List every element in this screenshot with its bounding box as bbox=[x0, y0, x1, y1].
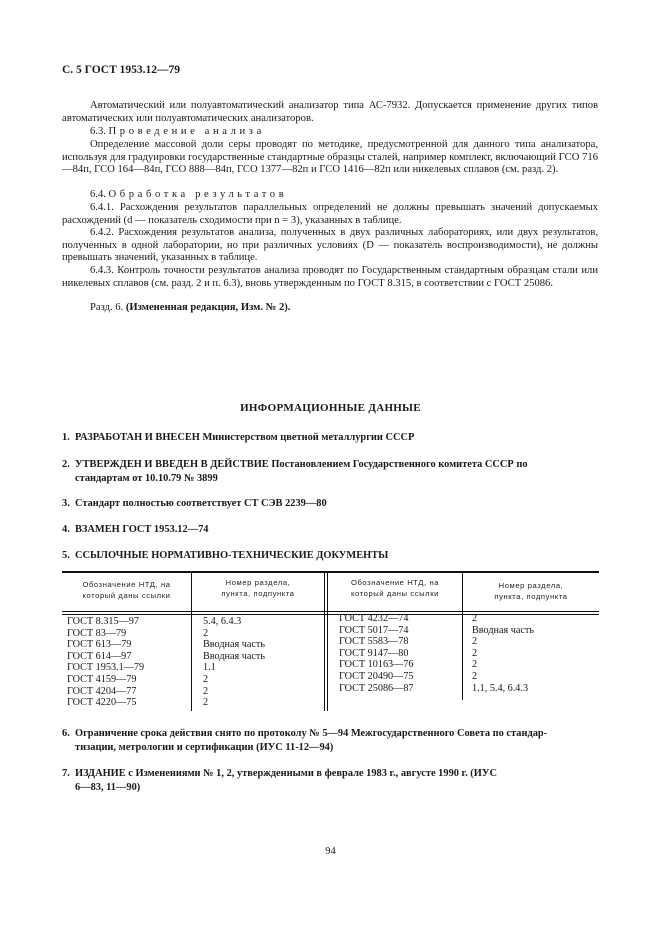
table-cell-doc: ГОСТ 5583—78 bbox=[339, 636, 414, 648]
paragraph-6-4-3: 6.4.3. Контроль точности результатов ана… bbox=[62, 265, 598, 290]
amendment-note: Разд. 6. (Измененная редакция, Изм. № 2)… bbox=[62, 302, 598, 315]
table-cell-section: 2 bbox=[203, 628, 265, 640]
table-cell-section: 2 bbox=[203, 686, 265, 698]
table-cell-section: 2 bbox=[472, 613, 534, 625]
header-doc-left: Обозначение НТД, на который даны ссылки bbox=[62, 579, 191, 601]
table-cell-doc: ГОСТ 1953.1—79 bbox=[67, 662, 144, 674]
table-cell-doc: ГОСТ 4232—74 bbox=[339, 613, 414, 625]
table-cell-section: Вводная часть bbox=[203, 651, 265, 663]
section-number: 6.4. bbox=[90, 189, 106, 200]
page-number: 94 bbox=[0, 846, 661, 857]
info-item-6: 6.Ограничение срока действия снято по пр… bbox=[62, 727, 600, 754]
table-cell-section: 2 bbox=[472, 671, 534, 683]
column-section-left: 5.4, 6.4.32Вводная частьВводная часть1.1… bbox=[203, 616, 265, 709]
table-cell-doc: ГОСТ 4159—79 bbox=[67, 674, 144, 686]
table-cell-section: 2 bbox=[472, 648, 534, 660]
info-item-1: 1.РАЗРАБОТАН И ВНЕСЕН Министерством цвет… bbox=[62, 431, 600, 445]
column-doc-right: ГОСТ 4232—74ГОСТ 5017—74ГОСТ 5583—78ГОСТ… bbox=[339, 613, 414, 694]
table-cell-section: Вводная часть bbox=[203, 639, 265, 651]
table-cell-doc: ГОСТ 614—97 bbox=[67, 651, 144, 663]
table-cell-doc: ГОСТ 10163—76 bbox=[339, 659, 414, 671]
table-cell-section: 2 bbox=[203, 697, 265, 709]
header-doc-right: Обозначение НТД, на который даны ссылки bbox=[328, 577, 462, 599]
paragraph-6-3: Определение массовой доли серы проводят … bbox=[62, 139, 598, 177]
table-cell-section: 2 bbox=[203, 674, 265, 686]
table-cell-section: 5.4, 6.4.3 bbox=[203, 616, 265, 628]
amendment-text: (Измененная редакция, Изм. № 2). bbox=[126, 302, 291, 313]
column-section-right: 2Вводная часть22221.1, 5.4, 6.4.3 bbox=[472, 613, 534, 694]
paragraph-6-4-1: 6.4.1. Расхождения результатов параллель… bbox=[62, 202, 598, 227]
table-cell-section: Вводная часть bbox=[472, 625, 534, 637]
info-item-4: 4.ВЗАМЕН ГОСТ 1953.12—74 bbox=[62, 523, 600, 537]
paragraph-6-4-2: 6.4.2. Расхождения результатов анализа, … bbox=[62, 227, 598, 265]
table-cell-doc: ГОСТ 9147—80 bbox=[339, 648, 414, 660]
header-section-right: Номер раздела, пункта, подпункта bbox=[463, 580, 599, 602]
paragraph-analyzer: Автоматический или полуавтоматический ан… bbox=[62, 100, 598, 125]
column-divider-double bbox=[324, 571, 325, 711]
section-title: Обработка результатов bbox=[109, 189, 288, 200]
page-header: С. 5 ГОСТ 1953.12—79 bbox=[62, 64, 180, 76]
table-cell-doc: ГОСТ 8.315—97 bbox=[67, 616, 144, 628]
info-item-7: 7.ИЗДАНИЕ с Изменениями № 1, 2, утвержде… bbox=[62, 767, 600, 794]
header-section-left: Номер раздела, пункта, подпункта bbox=[192, 577, 324, 599]
info-item-5: 5.ССЫЛОЧНЫЕ НОРМАТИВНО-ТЕХНИЧЕСКИЕ ДОКУМ… bbox=[62, 549, 600, 563]
table-cell-doc: ГОСТ 20490—75 bbox=[339, 671, 414, 683]
section-number: 6.3. bbox=[90, 126, 106, 137]
amendment-prefix: Разд. 6. bbox=[90, 302, 123, 313]
table-cell-doc: ГОСТ 25086—87 bbox=[339, 683, 414, 695]
table-cell-doc: ГОСТ 83—79 bbox=[67, 628, 144, 640]
table-cell-doc: ГОСТ 5017—74 bbox=[339, 625, 414, 637]
info-item-3: 3.Стандарт полностью соответствует СТ СЭ… bbox=[62, 497, 600, 511]
table-cell-doc: ГОСТ 613—79 bbox=[67, 639, 144, 651]
table-cell-section: 2 bbox=[472, 636, 534, 648]
table-top-border bbox=[62, 571, 599, 573]
section-title: Проведение анализа bbox=[109, 126, 265, 137]
section-6-3-heading: 6.3. Проведение анализа bbox=[62, 126, 598, 139]
section-6-4-heading: 6.4. Обработка результатов bbox=[62, 189, 598, 202]
table-cell-section: 2 bbox=[472, 659, 534, 671]
table-cell-section: 1.1 bbox=[203, 662, 265, 674]
table-cell-doc: ГОСТ 4204—77 bbox=[67, 686, 144, 698]
column-doc-left: ГОСТ 8.315—97ГОСТ 83—79ГОСТ 613—79ГОСТ 6… bbox=[67, 616, 144, 709]
reference-documents-table: Обозначение НТД, на который даны ссылки … bbox=[62, 571, 599, 711]
info-title: ИНФОРМАЦИОННЫЕ ДАННЫЕ bbox=[0, 402, 661, 414]
header-separator bbox=[62, 611, 599, 612]
table-cell-doc: ГОСТ 4220—75 bbox=[67, 697, 144, 709]
info-item-2: 2.УТВЕРЖДЕН И ВВЕДЕН В ДЕЙСТВИЕ Постанов… bbox=[62, 458, 600, 485]
table-cell-section: 1.1, 5.4, 6.4.3 bbox=[472, 683, 534, 695]
